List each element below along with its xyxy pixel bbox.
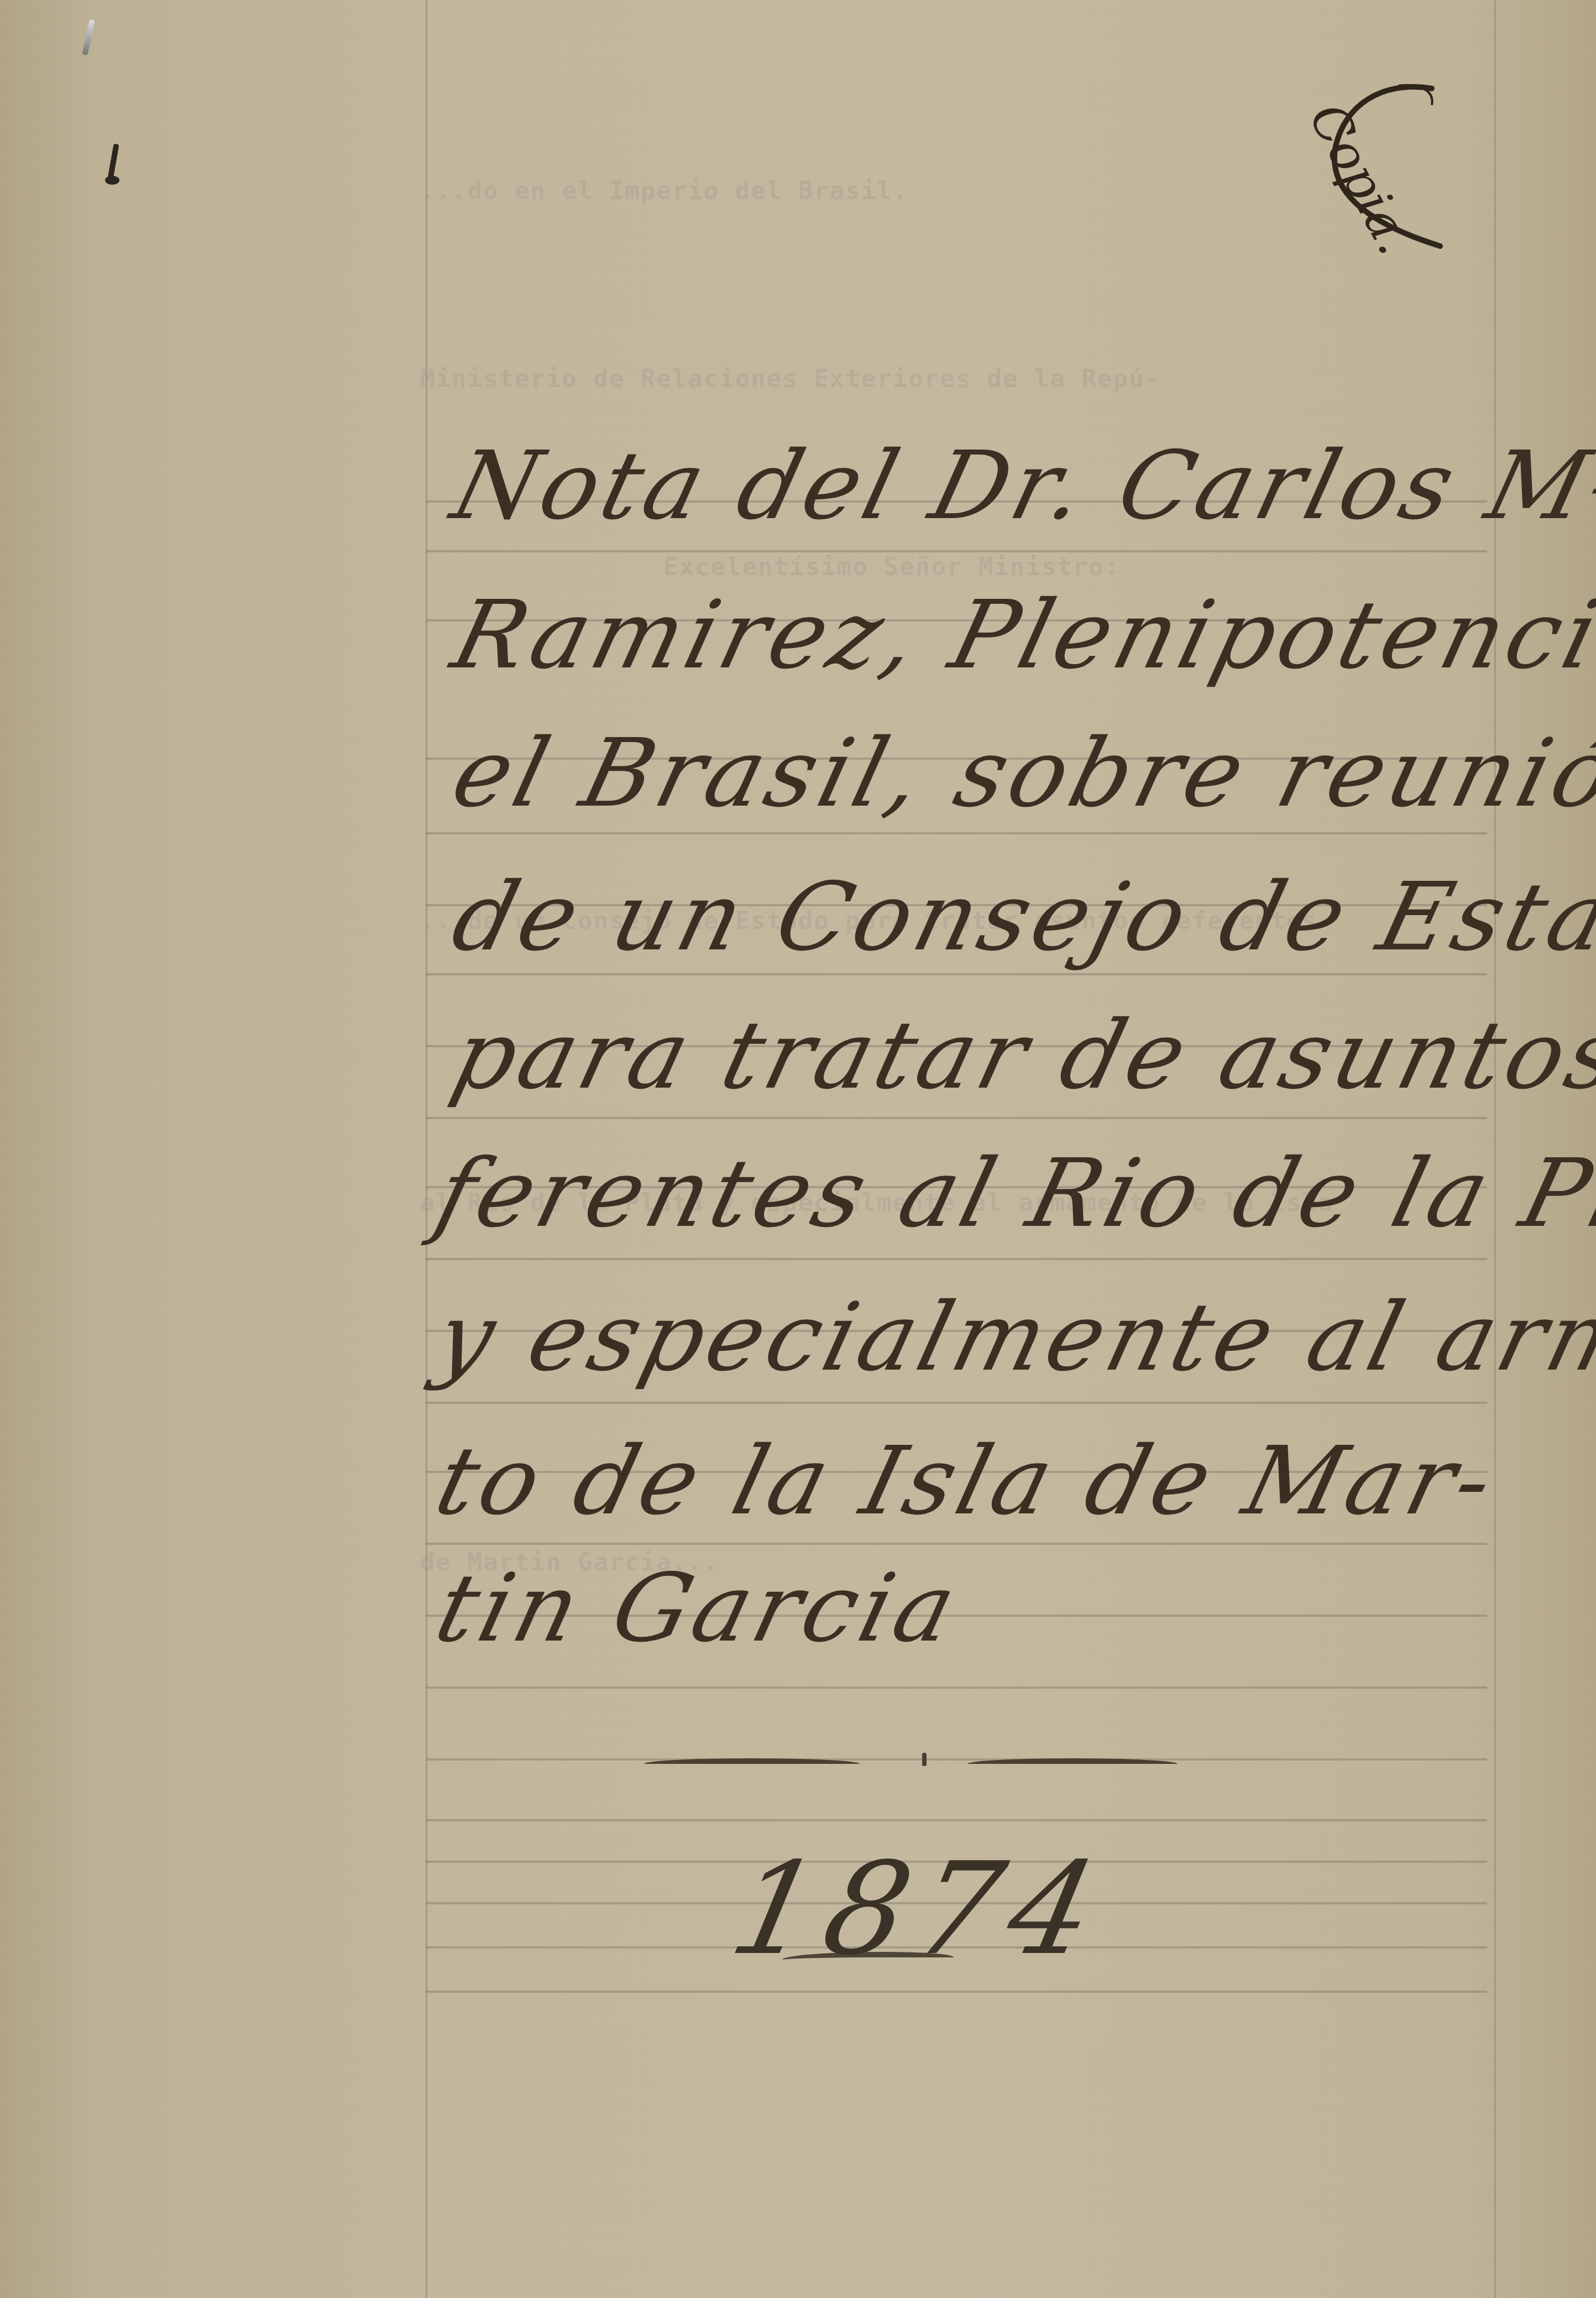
handwritten-line: tin Garcia	[426, 1554, 970, 1663]
staple-icon	[82, 19, 95, 56]
ruled-line	[426, 1402, 1487, 1404]
ruled-line	[426, 1117, 1487, 1119]
handwritten-line: de un Consejo de Estado	[442, 863, 1596, 972]
handwritten-line: ferentes al Rio de la Plata	[426, 1139, 1596, 1249]
handwritten-line: el Brasil, sobre reunión	[442, 719, 1596, 828]
left-margin-line	[426, 0, 427, 2298]
handwritten-line: y especialmente al armamen-	[426, 1283, 1596, 1392]
separator-stroke	[967, 1758, 1178, 1769]
ruled-line	[426, 1686, 1487, 1689]
show-through-text: Ministerio de Relaciones Exteriores de l…	[420, 365, 1526, 393]
handwritten-line: Ramirez, Plenipotenciario en	[442, 581, 1596, 690]
ruled-line	[426, 1758, 1487, 1761]
document-page: ...do en el Imperio del Brasil. Minister…	[0, 0, 1596, 2298]
handwritten-line: Nota del Dr. Carlos Mª	[442, 431, 1596, 541]
separator-dot	[922, 1753, 927, 1766]
show-through-text: Excelentísimo Señor Ministro:	[663, 553, 1596, 581]
ruled-line	[426, 973, 1487, 975]
handwritten-line: para tratar de asuntos re-	[442, 1001, 1596, 1110]
ruled-line	[426, 1991, 1487, 1993]
ruled-line	[426, 1258, 1487, 1260]
ruled-line	[426, 1819, 1487, 1821]
separator-stroke	[644, 1758, 860, 1769]
pin-icon	[107, 144, 119, 180]
handwritten-line: to de la Isla de Mar-	[426, 1427, 1508, 1536]
ruled-line	[426, 832, 1487, 834]
pin-head-icon	[105, 176, 119, 185]
ruled-line	[426, 550, 1487, 552]
ruled-line	[426, 1543, 1487, 1545]
